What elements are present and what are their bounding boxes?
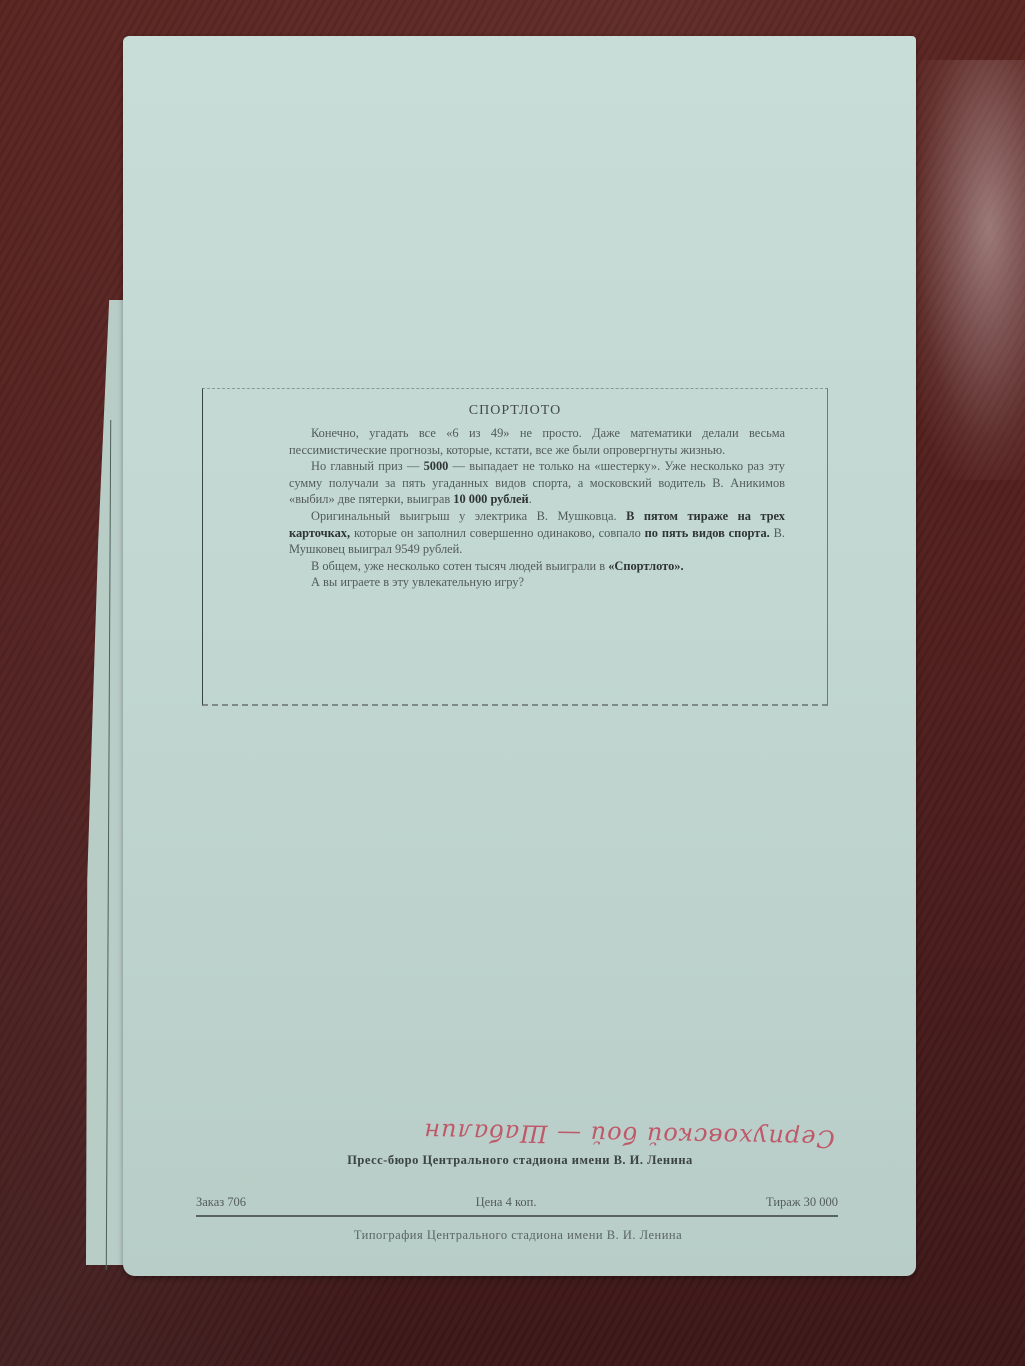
circulation: Тираж 30 000 xyxy=(766,1195,838,1210)
imprint-divider xyxy=(196,1215,838,1217)
paragraph-1: Конечно, угадать все «6 из 49» не просто… xyxy=(289,425,785,458)
price: Цена 4 коп. xyxy=(476,1195,537,1210)
printer-line: Типография Центрального стадиона имени В… xyxy=(200,1228,836,1243)
press-bureau-line: Пресс-бюро Центрального стадиона имени В… xyxy=(200,1153,840,1168)
paragraph-2: Но главный приз — 5000 — выпадает не тол… xyxy=(289,458,785,508)
order-number: Заказ 706 xyxy=(196,1195,246,1210)
imprint-row: Заказ 706 Цена 4 коп. Тираж 30 000 xyxy=(196,1195,838,1210)
paragraph-3: Оригинальный выигрыш у электрика В. Мушк… xyxy=(289,508,785,558)
paragraph-4: В общем, уже несколько сотен тысяч людей… xyxy=(289,558,785,575)
box-title: СПОРТЛОТО xyxy=(203,403,827,419)
handwritten-note: Серпуховской бой — Шабалин xyxy=(295,1095,836,1152)
light-glare xyxy=(905,60,1025,480)
sportloto-info-box: СПОРТЛОТО Конечно, угадать все «6 из 49»… xyxy=(202,388,828,706)
paragraph-5: А вы играете в эту увлекательную игру? xyxy=(289,574,785,591)
box-body: Конечно, угадать все «6 из 49» не просто… xyxy=(289,425,785,591)
